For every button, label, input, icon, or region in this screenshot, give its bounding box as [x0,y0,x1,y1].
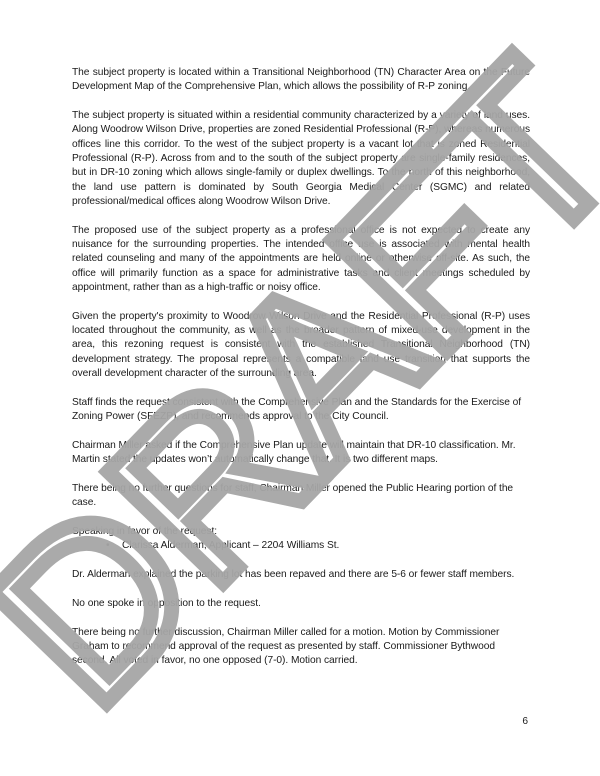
speaker-name: Clarissa Alderman, Applicant – 2204 Will… [122,540,339,551]
list-item: • Clarissa Alderman, Applicant – 2204 Wi… [108,539,530,553]
paragraph-public-hearing: There being no further questions for sta… [72,482,530,511]
paragraph-chairman-question: Chairman Miller asked if the Comprehensi… [72,439,530,468]
page-number: 6 [522,716,528,727]
document-body: The subject property is located within a… [72,66,530,683]
document-page: The subject property is located within a… [0,0,600,776]
bullet-icon: • [106,539,110,553]
paragraph-applicant-explanation: Dr. Alderman explained the parking lot h… [72,568,530,582]
paragraph-motion: There being no further discussion, Chair… [72,626,530,669]
paragraph-consistency: Given the property's proximity to Woodro… [72,310,530,381]
speakers-list: • Clarissa Alderman, Applicant – 2204 Wi… [72,539,530,553]
speakers-heading: Speaking in favor of the request: [72,525,530,539]
paragraph-surrounding-uses: The subject property is situated within … [72,109,530,209]
paragraph-character-area: The subject property is located within a… [72,66,530,95]
paragraph-proposed-use: The proposed use of the subject property… [72,224,530,295]
paragraph-opposition: No one spoke in opposition to the reques… [72,597,530,611]
paragraph-staff-recommendation: Staff finds the request consistent with … [72,396,530,425]
